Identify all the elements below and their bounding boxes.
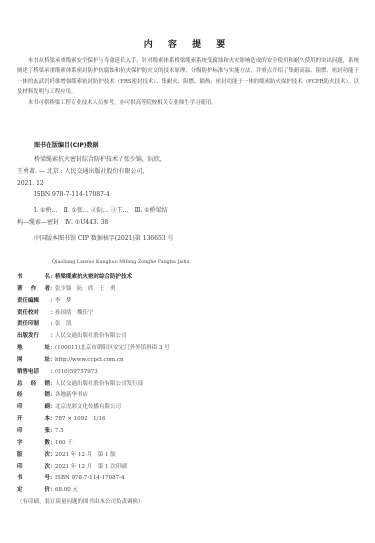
info-label: 书名 xyxy=(17,272,50,284)
info-label: 总经销 xyxy=(17,379,50,391)
cip-line: 王勇著. — 北京 : 人民交通出版社股份有限公司， xyxy=(17,166,247,178)
cip-library-number: 中国版本图书馆 CIP 数据核字(2021)第 136653 号 xyxy=(17,233,247,245)
cip-line: 桥梁缆索抗火密封综合防护技术 / 张少锦，阮欣， xyxy=(17,154,247,166)
info-label-char: 书 xyxy=(17,473,23,485)
info-label: 经销 xyxy=(17,390,50,402)
info-label: 定价 xyxy=(17,485,50,497)
info-value: http://www.ccpcl.com.cn xyxy=(55,355,124,367)
info-label-char: 著 xyxy=(17,284,23,296)
info-label: 版次 xyxy=(17,450,50,462)
info-value: (100011)北京市朝阳区安定门外外馆斜街 3 号 xyxy=(55,343,170,355)
info-label-char: 定 xyxy=(17,485,23,497)
info-label-char: 总 xyxy=(17,379,23,391)
info-value: (010)59757973 xyxy=(55,367,98,379)
info-label: 印次 xyxy=(17,462,50,474)
info-label-char: 责任校对 xyxy=(17,308,39,320)
info-row: 印次：2021 年 12 月 第 1 次印刷 xyxy=(17,462,357,474)
page-title: 内 容 提 要 xyxy=(0,37,375,50)
info-value: 2021 年 12 月 第 1 次印刷 xyxy=(55,462,127,474)
info-value: 各地新华书店 xyxy=(55,390,88,402)
summary-paragraph: 本书可供桥梁工程专业技术人员参考，亦可供高等院校相关专业师生学习使用。 xyxy=(17,98,359,108)
info-label-char: 网 xyxy=(17,355,23,367)
info-value: 人民交通出版社股份有限公司 xyxy=(55,331,127,343)
content-summary: 本书从桥梁承重缆索安全保护与寿命延长入手，针对缆索体系桥梁缆索系统受腐蚀和火灾影… xyxy=(17,56,359,108)
info-row: 责任印制：张 凯 xyxy=(17,319,357,331)
info-label: 印刷 xyxy=(17,402,50,414)
info-row: 字数：160 千 xyxy=(17,438,357,450)
info-label-char: 地 xyxy=(17,343,23,355)
info-row: 销售电话：(010)59757973 xyxy=(17,367,357,379)
info-label: 责任校对 xyxy=(17,308,50,320)
info-row: 版次：2021 年 12 月 第 1 版 xyxy=(17,450,357,462)
info-label: 责任编辑 xyxy=(17,296,50,308)
info-row: 责任编辑：李 梦 xyxy=(17,296,357,308)
info-row: 地址：(100011)北京市朝阳区安定门外外馆斜街 3 号 xyxy=(17,343,357,355)
summary-paragraph: 本书从桥梁承重缆索安全保护与寿命延长入手，针对缆索体系桥梁缆索系统受腐蚀和火灾影… xyxy=(17,56,359,98)
info-label: 著作者 xyxy=(17,284,50,296)
info-label-char: 字 xyxy=(17,438,23,450)
info-row: 责任校对：孙国靖 魏佳宁 xyxy=(17,308,357,320)
info-row: 总经销：人民交通出版社股份有限公司发行部 xyxy=(17,379,357,391)
info-label: 责任印制 xyxy=(17,319,50,331)
info-label: 开本 xyxy=(17,414,50,426)
info-label: 印张 xyxy=(17,426,50,438)
info-label-char: 书 xyxy=(17,272,23,284)
info-row: 经销：各地新华书店 xyxy=(17,390,357,402)
quality-footnote: （有印刷、装订质量问题的图书由本公司负责调换） xyxy=(17,497,357,509)
info-value: 68.00 元 xyxy=(55,485,78,497)
info-label: 网址 xyxy=(17,355,50,367)
info-label: 地址 xyxy=(17,343,50,355)
info-row: 开本：787 × 1092 1/16 xyxy=(17,414,357,426)
info-value: 北京虎彩文化传播有限公司 xyxy=(55,402,121,414)
cip-heading: 图书在版编目(CIP)数据 xyxy=(34,140,99,149)
info-row: 印刷：北京虎彩文化传播有限公司 xyxy=(17,402,357,414)
info-value: 张少锦 阮 欣 王 勇 xyxy=(55,284,116,296)
info-row: 著作者：张少锦 阮 欣 王 勇 xyxy=(17,284,357,296)
info-label-char: 开 xyxy=(17,414,23,426)
info-label-char: 责任编辑 xyxy=(17,296,39,308)
info-label-char: 版 xyxy=(17,450,23,462)
info-label-char: 作 xyxy=(31,284,37,296)
info-row: 网址：http://www.ccpcl.com.cn xyxy=(17,355,357,367)
info-label-char: 经 xyxy=(17,390,23,402)
info-value: 桥梁缆索抗火密封综合防护技术 xyxy=(55,272,132,284)
info-value: 160 千 xyxy=(55,438,73,450)
cip-line: 2021. 12 xyxy=(17,178,247,190)
info-label-char: 责任印制 xyxy=(17,319,39,331)
info-label-char: 印 xyxy=(17,462,23,474)
info-value: 7.5 xyxy=(55,426,64,438)
info-value: ISBN 978-7-114-17087-4 xyxy=(55,473,124,485)
info-label: 书号 xyxy=(17,473,50,485)
copyright-page: 内 容 提 要 本书从桥梁承重缆索安全保护与寿命延长入手，针对缆索体系桥梁缆索系… xyxy=(0,0,375,543)
info-value: 人民交通出版社股份有限公司发行部 xyxy=(55,379,143,391)
publication-info: 书名：桥梁缆索抗火密封综合防护技术著作者：张少锦 阮 欣 王 勇责任编辑：李 梦… xyxy=(17,272,357,509)
info-label-char: 印 xyxy=(17,426,23,438)
info-value: 2021 年 12 月 第 1 版 xyxy=(55,450,116,462)
info-row: 出版发行：人民交通出版社股份有限公司 xyxy=(17,331,357,343)
info-label-char: 销售电话 xyxy=(17,367,39,379)
info-value: 787 × 1092 1/16 xyxy=(55,414,105,426)
cip-isbn: ISBN 978-7-114-17087-4 xyxy=(17,189,247,201)
info-label: 出版发行 xyxy=(17,331,50,343)
info-label-char: 经 xyxy=(31,379,37,391)
cip-classification: Ⅰ. ①桥… Ⅱ. ①张… ②阮… ③王… Ⅲ. ①桥梁结 xyxy=(17,205,247,217)
info-label: 销售电话 xyxy=(17,367,50,379)
info-row: 书号：ISBN 978-7-114-17087-4 xyxy=(17,473,357,485)
info-label-char: 出版发行 xyxy=(17,331,39,343)
cip-data-block: 桥梁缆索抗火密封综合防护技术 / 张少锦，阮欣， 王勇著. — 北京 : 人民交… xyxy=(17,154,247,245)
cip-classification: 构—缆索—密封 Ⅳ. ①U443. 38 xyxy=(17,217,247,229)
info-row: 书名：桥梁缆索抗火密封综合防护技术 xyxy=(17,272,357,284)
info-value: 李 梦 xyxy=(55,296,72,308)
info-value: 张 凯 xyxy=(55,319,72,331)
info-row: 定价：68.00 元 xyxy=(17,485,357,497)
info-row: 印张：7.5 xyxy=(17,426,357,438)
info-value: 孙国靖 魏佳宁 xyxy=(55,308,94,320)
info-label: 字数 xyxy=(17,438,50,450)
title-pinyin: Qiaoliang Lansuo Kanghuo Mifeng Zonghe F… xyxy=(52,260,190,265)
info-label-char: 印 xyxy=(17,402,23,414)
